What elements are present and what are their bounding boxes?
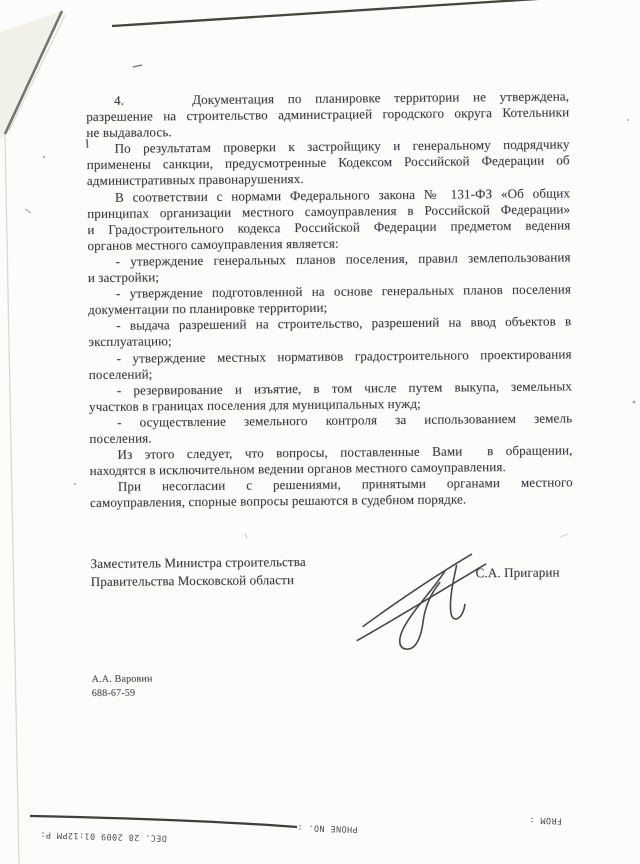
position-line-2: Правительства Московской области xyxy=(91,571,306,590)
signer-position: Заместитель Министра строительства Прави… xyxy=(90,553,306,590)
page-left-edge xyxy=(5,134,19,864)
signer-name: С.А. Пригарин xyxy=(475,565,573,582)
fold-highlight-line xyxy=(9,15,65,131)
fax-from-label: FROM : xyxy=(529,815,562,826)
executor-contact: А.А. Варовин 688-67-59 xyxy=(92,669,575,701)
handwritten-signature xyxy=(348,544,489,657)
position-line-1: Заместитель Министра строительства xyxy=(90,553,305,572)
fax-phone-label: PHONE NO. : xyxy=(297,822,358,834)
letter-line: самоуправления, спорные вопросы решаются… xyxy=(90,491,573,512)
letter-body: 4. Документация по планировке территории… xyxy=(86,88,573,511)
letter-content: 4. Документация по планировке территории… xyxy=(86,88,575,700)
signature-block: Заместитель Министра строительства Прави… xyxy=(90,551,574,612)
fold-edge-line xyxy=(5,11,62,134)
fax-timestamp: DEC. 28 2009 01:12PM P: xyxy=(40,829,167,843)
scanned-letter-page: 4. Документация по планировке территории… xyxy=(0,0,640,864)
page-top-edge xyxy=(112,0,584,26)
folded-corner xyxy=(0,11,62,140)
fax-separator-line xyxy=(30,816,297,827)
